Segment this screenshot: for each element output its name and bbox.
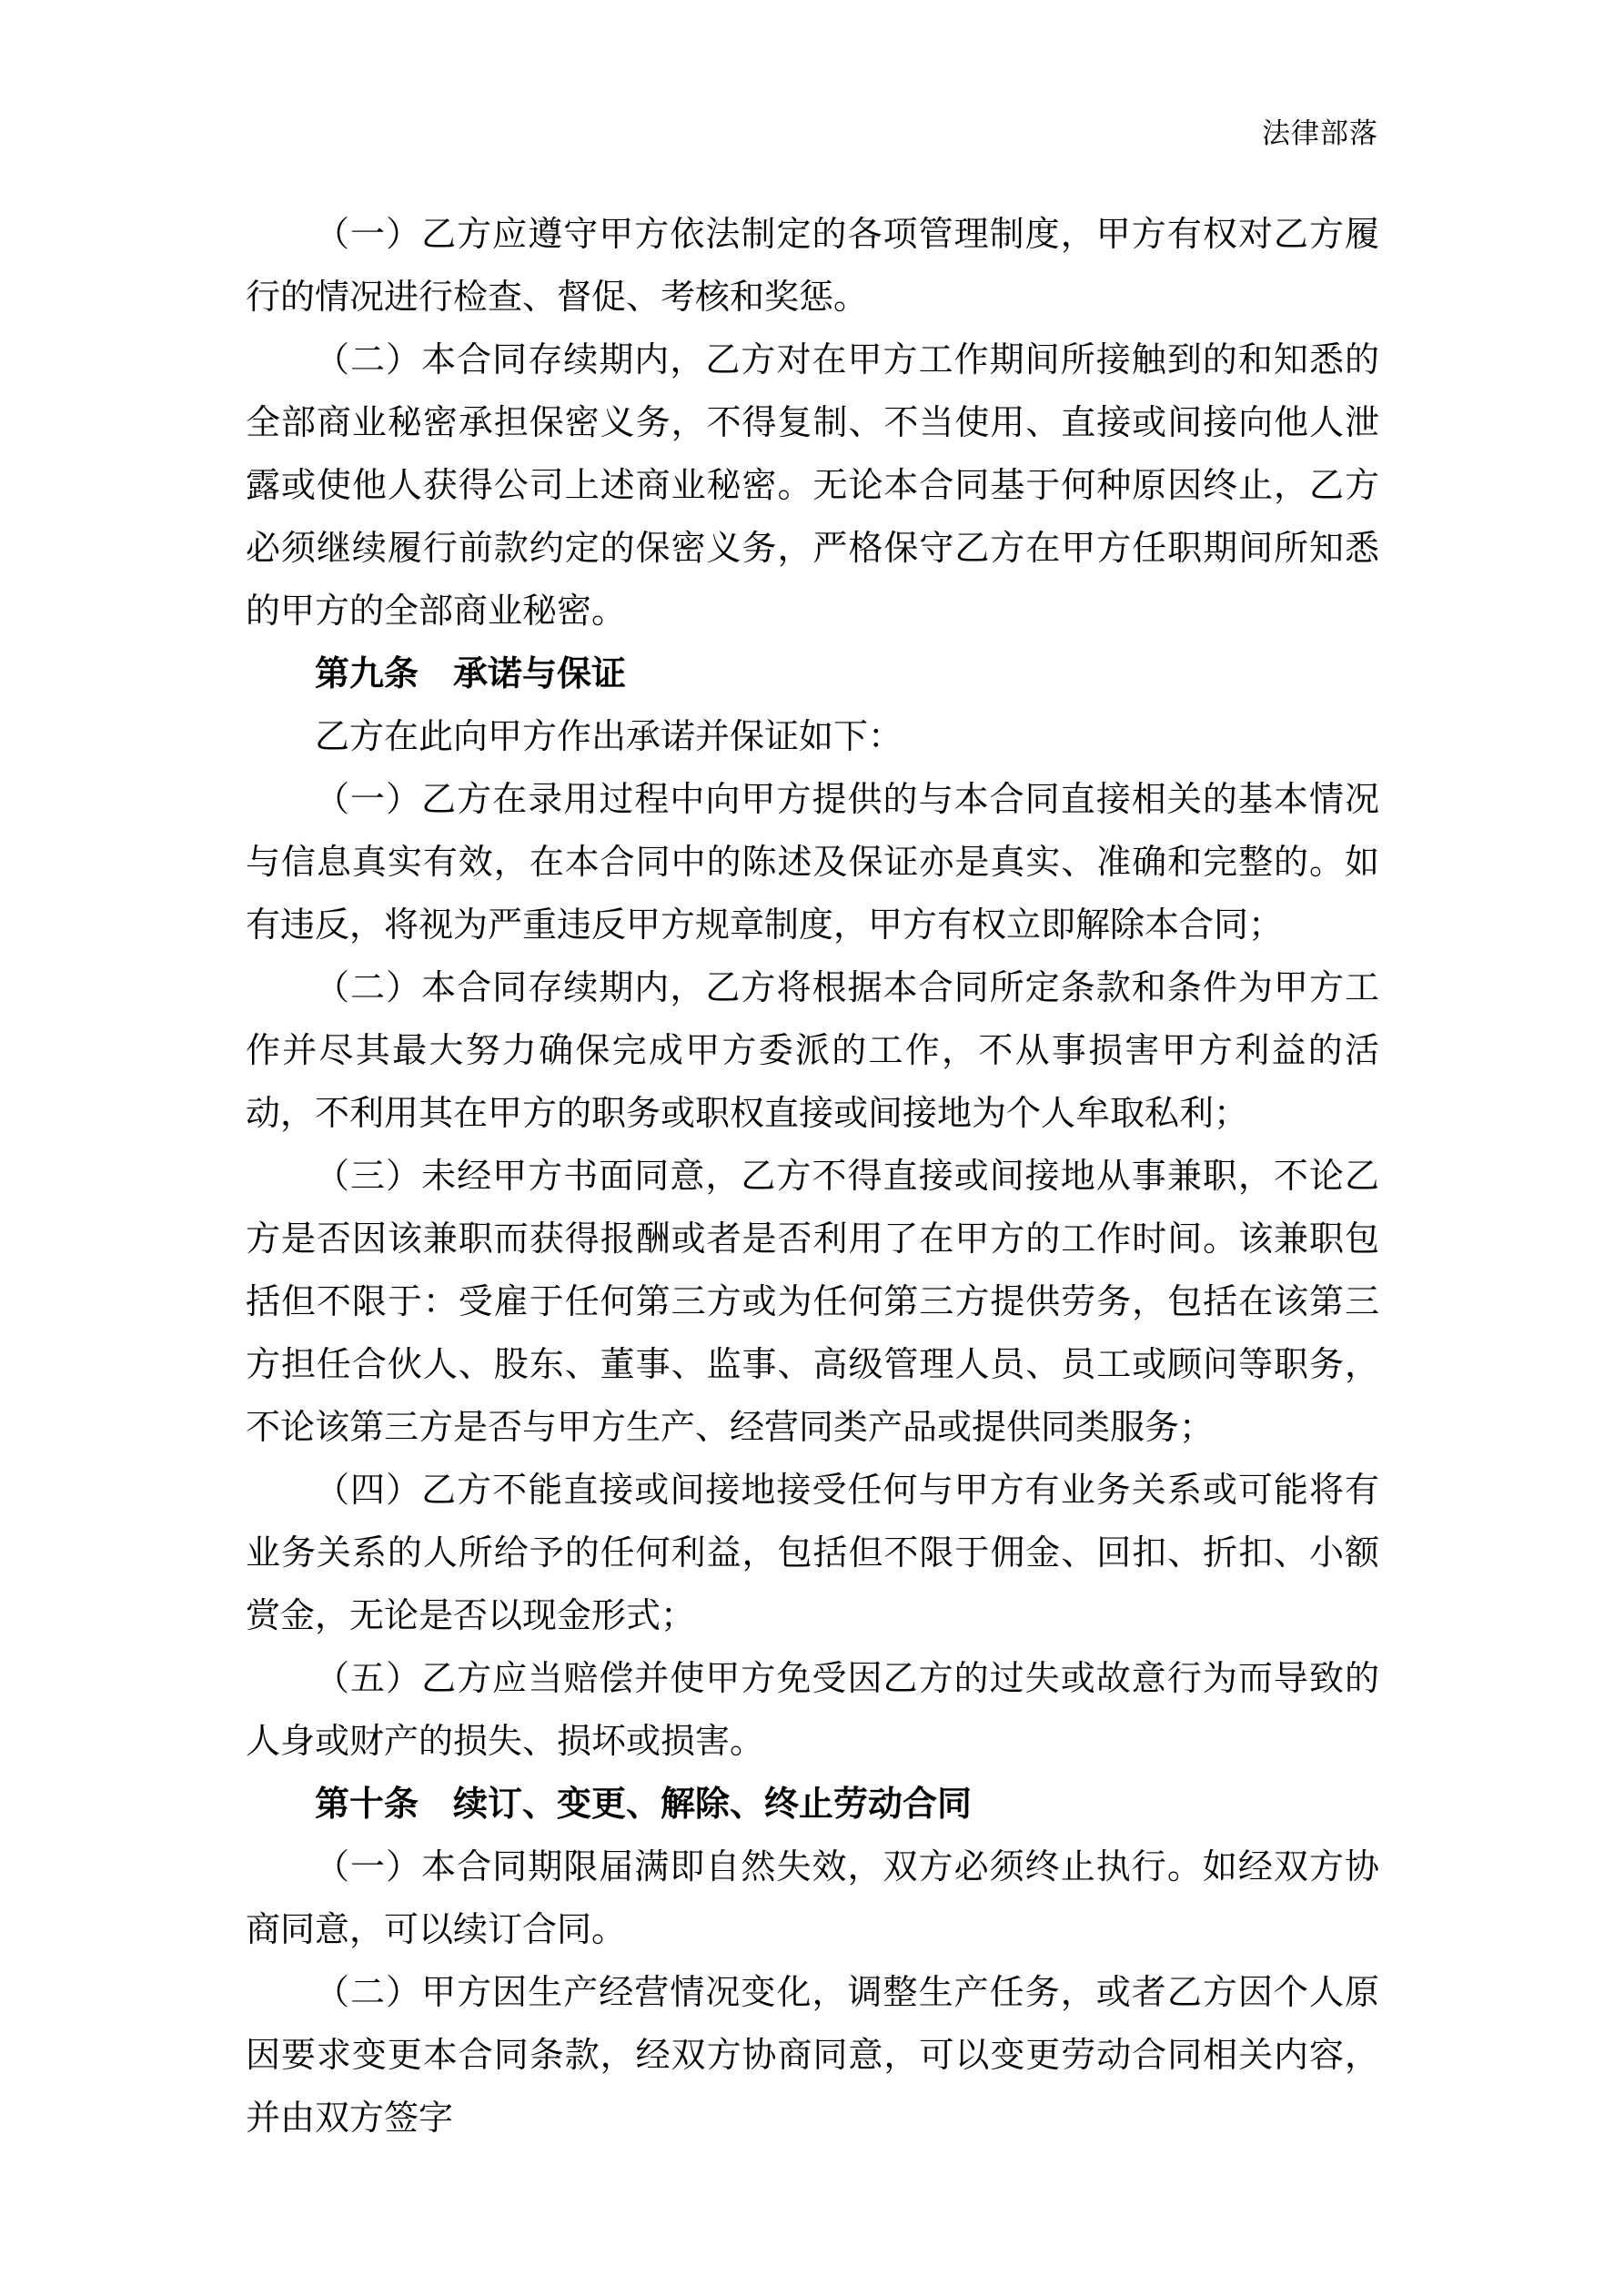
paragraph: （二）本合同存续期内，乙方将根据本合同所定条款和条件为甲方工作并尽其最大努力确保… (246, 957, 1379, 1146)
contract-body: （一）乙方应遵守甲方依法制定的各项管理制度，甲方有权对乙方履行的情况进行检查、督… (246, 204, 1379, 2150)
paragraph: （二）甲方因生产经营情况变化，调整生产任务，或者乙方因个人原因要求变更本合同条款… (246, 1962, 1379, 2150)
paragraph: （一）乙方应遵守甲方依法制定的各项管理制度，甲方有权对乙方履行的情况进行检查、督… (246, 204, 1379, 329)
contract-page: 法律部落 （一）乙方应遵守甲方依法制定的各项管理制度，甲方有权对乙方履行的情况进… (0, 0, 1624, 2296)
page-header-brand: 法律部落 (1262, 116, 1378, 151)
paragraph: （二）本合同存续期内，乙方对在甲方工作期间所接触到的和知悉的全部商业秘密承担保密… (246, 329, 1379, 643)
section-heading-article-9: 第九条 承诺与保证 (246, 643, 1379, 706)
paragraph: （三）未经甲方书面同意，乙方不得直接或间接地从事兼职，不论乙方是否因该兼职而获得… (246, 1146, 1379, 1460)
paragraph: （五）乙方应当赔偿并使甲方免受因乙方的过失或故意行为而导致的人身或财产的损失、损… (246, 1648, 1379, 1774)
section-heading-article-10: 第十条 续订、变更、解除、终止劳动合同 (246, 1774, 1379, 1836)
paragraph: （一）乙方在录用过程中向甲方提供的与本合同直接相关的基本情况与信息真实有效，在本… (246, 769, 1379, 957)
paragraph: （四）乙方不能直接或间接地接受任何与甲方有业务关系或可能将有业务关系的人所给予的… (246, 1460, 1379, 1648)
paragraph: 乙方在此向甲方作出承诺并保证如下： (246, 706, 1379, 769)
paragraph: （一）本合同期限届满即自然失效，双方必须终止执行。如经双方协商同意，可以续订合同… (246, 1836, 1379, 1962)
